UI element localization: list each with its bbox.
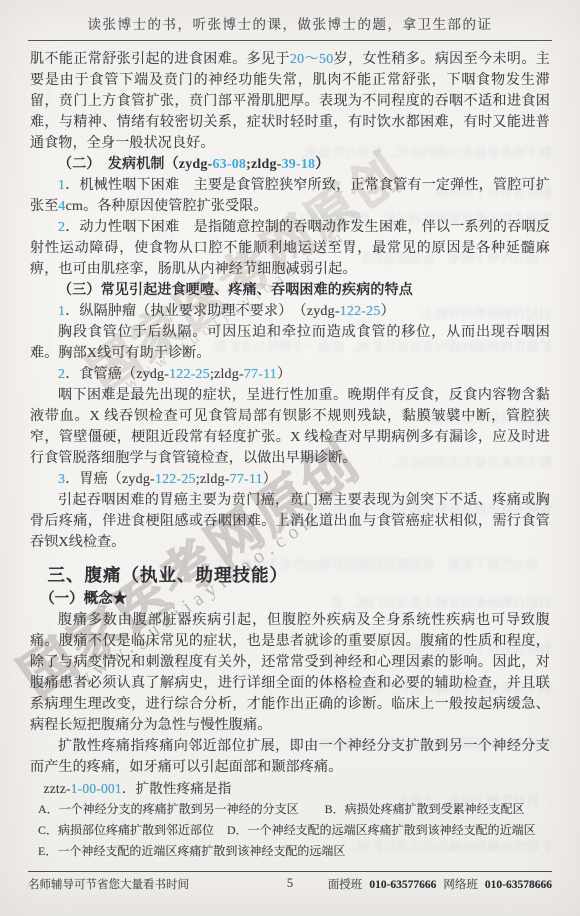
item-text: ．纵隔肿瘤（执业要求助理不要求） （zydg- — [65, 304, 339, 319]
paragraph-text: 咽下困难是最先出现的症状，呈进行性加重。晚期伴有反食，反食内容物含黏液带血。X … — [30, 388, 550, 466]
radiating-pain-paragraph: 扩散性疼痛指疼痛向邻近部位扩展，即由一个神经分支扩散到另一个神经分支而产生的疼痛… — [30, 736, 550, 778]
heading-disease-features: （三）常见引起进食哽噎、疼痛、吞咽困难的疾病的特点 — [30, 280, 550, 301]
list-item-gastric-cancer: 3．胃癌（zydg-122-25;zldg-77-11） — [30, 469, 550, 490]
option-e: E．一个神经支配的近端区疼痛扩散到该神经支配的远端区 — [38, 841, 345, 862]
option-row: E．一个神经支配的近端区疼痛扩散到该神经支配的远端区 — [38, 841, 550, 862]
age-range-highlight: 20～50 — [290, 52, 333, 67]
exam-code: 122-25 — [155, 472, 196, 487]
option-c: C．病损部位疼痛扩散到邻近部位 — [38, 820, 214, 841]
list-item-mechanical-dysphagia: 1．机械性咽下困难 主要是食管腔狭窄所致，正常食管有一定弹性，管腔可扩张至4cm… — [30, 175, 550, 217]
question-prefix: zztz- — [44, 781, 71, 796]
list-item-esophageal-cancer: 2．食管癌（zydg-122-25;zldg-77-11） — [30, 364, 550, 385]
paragraph-text: 胸段食管位于后纵隔。可因压迫和牵拉而造成食管的移位，从而出现吞咽困难。胸部X线可… — [30, 325, 550, 361]
subsection-title-text: （一）概念★ — [40, 591, 127, 607]
option-a: A．一个神经分支的疼痛扩散到另一神经的分支区 — [38, 799, 299, 820]
item-text: ;zldg- — [196, 472, 230, 487]
exam-code: 63-08 — [212, 157, 246, 172]
exam-code: 77-11 — [230, 472, 263, 487]
section-title-text: 三、腹痛（执业、助理技能） — [48, 565, 289, 585]
option-gap — [299, 799, 325, 820]
header-slogan: 读张博士的书，听张博士的课，做张博士的题，拿卫生部的证 — [88, 17, 493, 32]
exam-code: 122-25 — [169, 367, 210, 382]
page-number: 5 — [28, 876, 552, 891]
concept-paragraph: 腹痛多数由腹部脏器疾病引起，但腹腔外疾病及全身系统性疾病也可导致腹痛。腹痛不仅是… — [30, 610, 550, 736]
option-gap — [214, 820, 227, 841]
item-text: cm。各种原因使管腔扩张受限。 — [66, 199, 268, 214]
exam-code: 122-25 — [340, 304, 381, 319]
section-title-abdominal-pain: 三、腹痛（执业、助理技能） — [30, 562, 550, 588]
option-d: D．一个神经支配的远端区疼痛扩散到该神经支配的近端区 — [227, 820, 536, 841]
item-text: ．胃癌（zydg- — [65, 472, 155, 487]
paragraph-text: 扩散性疼痛指疼痛向邻近部位扩展，即由一个神经分支扩散到另一个神经分支而产生的疼痛… — [30, 739, 550, 775]
mediastinal-tumor-description: 胸段食管位于后纵隔。可因压迫和牵拉而造成食管的移位，从而出现吞咽困难。胸部X线可… — [30, 322, 550, 364]
paragraph-text: 腹痛多数由腹部脏器疾病引起，但腹腔外疾病及全身系统性疾病也可导致腹痛。腹痛不仅是… — [30, 613, 550, 733]
item-text: ．动力性咽下困难 是指随意控制的吞咽动作发生困难，伴以一系列的吞咽反射性运动障碍… — [30, 220, 550, 277]
heading-pathogenesis: （二） 发病机制（zydg-63-08;zldg-39-18） — [30, 154, 550, 175]
page-header: 读张博士的书，听张博士的课，做张博士的题，拿卫生部的证 — [28, 13, 552, 41]
item-text: ） — [277, 367, 291, 382]
heading-text: ;zldg- — [246, 157, 281, 172]
esophageal-cancer-description: 咽下困难是最先出现的症状，呈进行性加重。晚期伴有反食，反食内容物含黏液带血。X … — [30, 385, 550, 469]
option-b: B．病损处疼痛扩散到受累神经支配区 — [325, 799, 525, 820]
page-content: 肌不能正常舒张引起的进食困难。多见于20～50岁，女性稍多。病因至今未明。主要是… — [30, 49, 550, 862]
subsection-concept: （一）概念★ — [30, 589, 550, 610]
item-text: ．食管癌（zydg- — [65, 367, 169, 382]
option-row: A．一个神经分支的疼痛扩散到另一神经的分支区B．病损处疼痛扩散到受累神经支配区 — [38, 799, 550, 820]
continued-paragraph: 肌不能正常舒张引起的进食困难。多见于20～50岁，女性稍多。病因至今未明。主要是… — [30, 49, 550, 154]
gastric-cancer-description: 引起吞咽困难的胃癌主要为贲门癌，贲门癌主要表现为剑突下不适、疼痛或胸骨后疼痛，伴… — [30, 490, 550, 553]
heading-text: ） — [315, 157, 329, 172]
item-text: ） — [263, 472, 277, 487]
paragraph-text: 肌不能正常舒张引起的进食困难。多见于 — [30, 52, 290, 67]
list-item-motor-dysphagia: 2．动力性咽下困难 是指随意控制的吞咽动作发生困难，伴以一系列的吞咽反射性运动障… — [30, 217, 550, 280]
exam-code: 77-11 — [244, 367, 277, 382]
item-text: ） — [381, 304, 395, 319]
option-row: C．病损部位疼痛扩散到邻近部位D．一个神经支配的远端区疼痛扩散到该神经支配的近端… — [38, 820, 550, 841]
exam-code: 39-18 — [282, 157, 316, 172]
question-id-line: zztz-1-00-001．扩散性疼痛是指 — [30, 778, 550, 799]
question-code: 1-00-001 — [71, 781, 122, 796]
question-stem: ．扩散性疼痛是指 — [122, 781, 232, 796]
heading-text: （二） 发病机制（zydg- — [58, 157, 212, 172]
paragraph-text: 引起吞咽困难的胃癌主要为贲门癌，贲门癌主要表现为剑突下不适、疼痛或胸骨后疼痛，伴… — [30, 493, 550, 550]
list-item-mediastinal-tumor: 1．纵隔肿瘤（执业要求助理不要求） （zydg-122-25） — [30, 301, 550, 322]
item-text: ;zldg- — [210, 367, 244, 382]
page-footer: 名师辅导可节省您大量看书时间 5 面授班010-63577666网络班010-6… — [28, 871, 552, 892]
value-highlight: 4 — [58, 199, 65, 214]
heading-text: （三）常见引起进食哽噎、疼痛、吞咽困难的疾病的特点 — [58, 283, 413, 298]
scanned-textbook-page: 咽下困难是最先出现的症状，呈进行性加重。晚期伴有反食，反食内容物含黏液带血。X … — [0, 0, 580, 916]
